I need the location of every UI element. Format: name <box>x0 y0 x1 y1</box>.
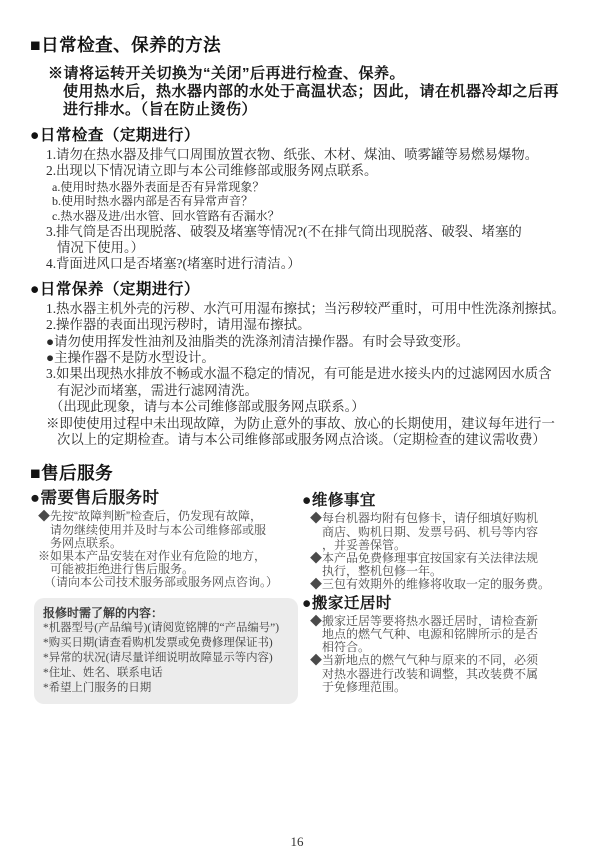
daily-maintain-list: 1.热水器主机外壳的污秽、水汽可用湿布擦拭；当污秽较严重时，可用中性洗涤剂擦拭。… <box>46 301 594 449</box>
after-sales-right-column: ●维修事宜 ◆每台机器均附有包修卡，请仔细填好购机 商店、购机日期、发票号码、机… <box>302 489 594 703</box>
daily-check-line: 2.出现以下情况请立即与本公司维修部或服务网点联系。 <box>46 163 594 179</box>
daily-maintain-note-line: ※即使使用过程中未出现故障，为防止意外的事故、放心的长期使用，建议每年进行一 <box>46 416 594 432</box>
daily-check-subline: c.热水器及进/出水管、回水管路有否漏水？ <box>52 209 594 224</box>
service-line: ◆先按“故障判断”检查后，仍发现有故障， <box>38 510 302 523</box>
repair-line-continuation: 商店、购机日期、发票号码、机号等内容 <box>322 526 594 539</box>
daily-check-line: 4.背面进风口是否堵塞?(堵塞时进行清洁。） <box>46 256 594 272</box>
daily-check-subline: a.使用时热水器外表面是否有异常现象？ <box>52 180 594 195</box>
subsection-heading-daily-maintain: ●日常保养（定期进行） <box>30 281 594 299</box>
after-sales-columns: ●需要售后服务时 ◆先按“故障判断”检查后，仍发现有故障， 请勿继续使用并及时与… <box>30 489 594 703</box>
daily-maintain-line: 1.热水器主机外壳的污秽、水汽可用湿布擦拭；当污秽较严重时，可用中性洗涤剂擦拭。 <box>46 301 594 317</box>
repair-info-item: *住址、姓名、联系电话 <box>43 666 293 681</box>
repair-info-box: 报修时需了解的内容： *机器型号(产品编号)(请阅览铭牌的“产品编号”) *购买… <box>34 598 298 704</box>
service-line-note: （请向本公司技术服务部或服务网点咨询。） <box>44 576 302 589</box>
after-sales-left-column: ●需要售后服务时 ◆先按“故障判断”检查后，仍发现有故障， 请勿继续使用并及时与… <box>30 489 302 703</box>
section-title-daily-maintenance: ■日常检查、保养的方法 <box>30 0 594 55</box>
repair-line: ◆每台机器均附有包修卡，请仔细填好购机 <box>310 512 594 525</box>
section-title-after-sales: ■售后服务 <box>30 463 594 483</box>
repair-info-item: *购买日期(请查看购机发票或免费修理保证书) <box>43 636 293 651</box>
moving-line-continuation: 于免修理范围。 <box>322 681 594 694</box>
safety-notice: ※请将运转开关切换为“关闭”后再进行检查、保养。 使用热水后，热水器内部的水处于… <box>48 65 594 119</box>
heading-repair-matters: ●维修事宜 <box>302 492 594 510</box>
daily-check-list: 1.请勿在热水器及排气口周围放置衣物、纸张、木材、煤油、喷雾罐等易燃易爆物。 2… <box>46 147 594 273</box>
moving-house-lines: ◆搬家迁居等要将热水器迁居时，请检查新 地点的燃气气种、电源和铭牌所示的是否 相… <box>302 615 594 694</box>
daily-check-line: 1.请勿在热水器及排气口周围放置衣物、纸张、木材、煤油、喷雾罐等易燃易爆物。 <box>46 147 594 163</box>
repair-line: ◆三包有效期外的维修将收取一定的服务费。 <box>310 578 594 591</box>
repair-info-item: *希望上门服务的日期 <box>43 681 293 696</box>
repair-info-item: *异常的状况(请尽量详细说明故障显示等内容) <box>43 651 293 666</box>
heading-need-service: ●需要售后服务时 <box>30 489 302 508</box>
daily-maintain-bullet-line: ●主操作器不是防水型设计。 <box>46 350 594 366</box>
daily-maintain-bullet-line: ●请勿使用挥发性油剂及油脂类的洗涤剂清洁操作器。有时会导致变形。 <box>46 334 594 350</box>
manual-page: ■日常检查、保养的方法 ※请将运转开关切换为“关闭”后再进行检查、保养。 使用热… <box>0 0 594 863</box>
daily-maintain-note-line: （出现此现象，请与本公司维修部或服务网点联系。） <box>50 399 594 415</box>
daily-check-line-continuation: 情况下使用。） <box>57 240 594 256</box>
daily-maintain-line: 3.如果出现热水排放不畅或水温不稳定的情况，有可能是进水接头内的过滤网因水质含 <box>46 366 594 382</box>
repair-info-item: *机器型号(产品编号)(请阅览铭牌的“产品编号”) <box>43 621 293 636</box>
repair-matters-lines: ◆每台机器均附有包修卡，请仔细填好购机 商店、购机日期、发票号码、机号等内容 ，… <box>302 512 594 591</box>
daily-check-subline: b.使用时热水器内部是否有异常声音？ <box>52 194 594 209</box>
notice-line: 进行排水。（旨在防止烫伤） <box>63 101 594 119</box>
page-number: 16 <box>0 834 594 850</box>
notice-line: 使用热水后，热水器内部的水处于高温状态；因此，请在机器冷却之后再 <box>63 83 594 101</box>
moving-line: ◆搬家迁居等要将热水器迁居时，请检查新 <box>310 615 594 628</box>
daily-maintain-line-continuation: 有泥沙而堵塞，需进行滤网清洗。 <box>57 383 594 399</box>
daily-maintain-note-continuation: 次以上的定期检查。请与本公司维修部或服务网点洽谈。（定期检查的建议需收费） <box>57 432 594 448</box>
heading-moving-house: ●搬家迁居时 <box>302 595 594 613</box>
daily-maintain-line: 2.操作器的表面出现污秽时，请用湿布擦拭。 <box>46 317 594 333</box>
service-line-continuation: 请勿继续使用并及时与本公司维修部或服 <box>50 524 302 537</box>
repair-info-box-title: 报修时需了解的内容： <box>43 606 293 621</box>
subsection-heading-daily-check: ●日常检查（定期进行） <box>30 127 594 145</box>
daily-check-line: 3.排气筒是否出现脱落、破裂及堵塞等情况?(不在排气筒出现脱落、破裂、堵塞的 <box>46 224 594 240</box>
need-service-lines: ◆先按“故障判断”检查后，仍发现有故障， 请勿继续使用并及时与本公司维修部或服 … <box>30 510 302 589</box>
notice-line: ※请将运转开关切换为“关闭”后再进行检查、保养。 <box>48 65 594 83</box>
moving-line: ◆当新地点的燃气气种与原来的不同，必须 <box>310 654 594 667</box>
moving-line-continuation: 对热水器进行改装和调整，其改装费不属 <box>322 668 594 681</box>
